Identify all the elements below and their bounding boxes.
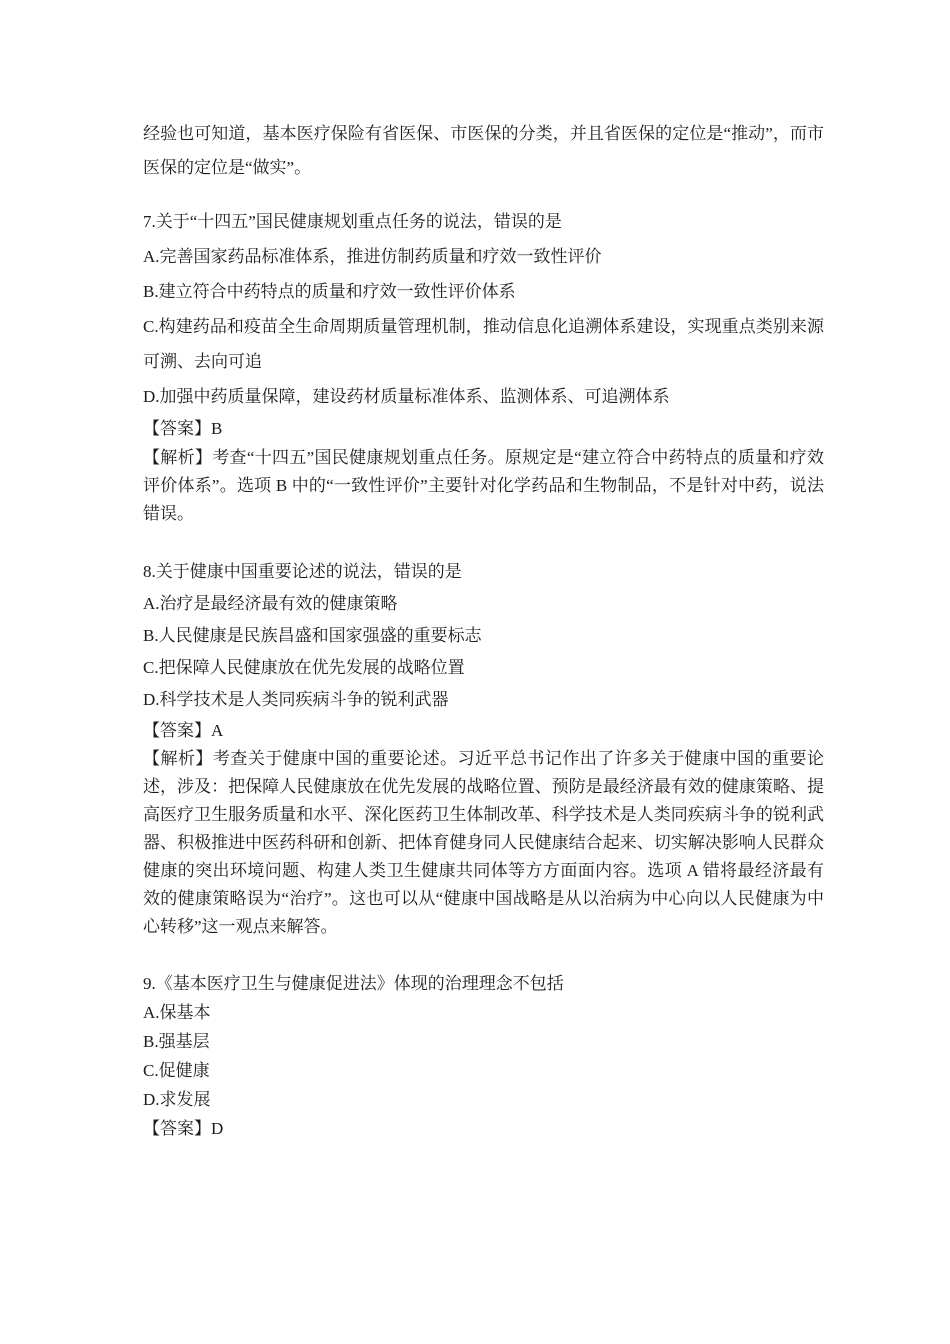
question-7-option-d: D.加强中药质量保障，建设药材质量标准体系、监测体系、可追溯体系 — [143, 379, 824, 414]
question-7-option-b: B.建立符合中药特点的质量和疗效一致性评价体系 — [143, 274, 824, 309]
question-8-answer: 【答案】A — [143, 716, 824, 745]
question-8-option-b: B.人民健康是民族昌盛和国家强盛的重要标志 — [143, 620, 824, 652]
question-8-option-d: D.科学技术是人类同疾病斗争的锐利武器 — [143, 684, 824, 716]
question-7-title: 7.关于“十四五”国民健康规划重点任务的说法，错误的是 — [143, 204, 824, 239]
question-7-option-a: A.完善国家药品标准体系，推进仿制药质量和疗效一致性评价 — [143, 239, 824, 274]
question-8-title: 8.关于健康中国重要论述的说法，错误的是 — [143, 556, 824, 588]
question-9: 9.《基本医疗卫生与健康促进法》体现的治理理念不包括 A.保基本 B.强基层 C… — [143, 969, 824, 1143]
question-9-title: 9.《基本医疗卫生与健康促进法》体现的治理理念不包括 — [143, 969, 824, 998]
question-9-option-a: A.保基本 — [143, 998, 824, 1027]
question-7: 7.关于“十四五”国民健康规划重点任务的说法，错误的是 A.完善国家药品标准体系… — [143, 204, 824, 528]
question-8-option-c: C.把保障人民健康放在优先发展的战略位置 — [143, 652, 824, 684]
carryover-paragraph: 经验也可知道，基本医疗保险有省医保、市医保的分类，并且省医保的定位是“推动”，而… — [143, 117, 824, 185]
question-8-analysis: 【解析】考查关于健康中国的重要论述。习近平总书记作出了许多关于健康中国的重要论述… — [143, 745, 824, 941]
question-7-analysis: 【解析】考查“十四五”国民健康规划重点任务。原规定是“建立符合中药特点的质量和疗… — [143, 444, 824, 528]
document-content: 经验也可知道，基本医疗保险有省医保、市医保的分类，并且省医保的定位是“推动”，而… — [143, 117, 824, 1143]
question-9-option-d: D.求发展 — [143, 1085, 824, 1114]
question-7-option-c: C.构建药品和疫苗全生命周期质量管理机制，推动信息化追溯体系建设，实现重点类别来… — [143, 309, 824, 379]
question-8-option-a: A.治疗是最经济最有效的健康策略 — [143, 588, 824, 620]
question-7-answer: 【答案】B — [143, 414, 824, 444]
question-9-answer: 【答案】D — [143, 1114, 824, 1143]
question-9-option-c: C.促健康 — [143, 1056, 824, 1085]
question-9-option-b: B.强基层 — [143, 1027, 824, 1056]
question-8: 8.关于健康中国重要论述的说法，错误的是 A.治疗是最经济最有效的健康策略 B.… — [143, 556, 824, 941]
